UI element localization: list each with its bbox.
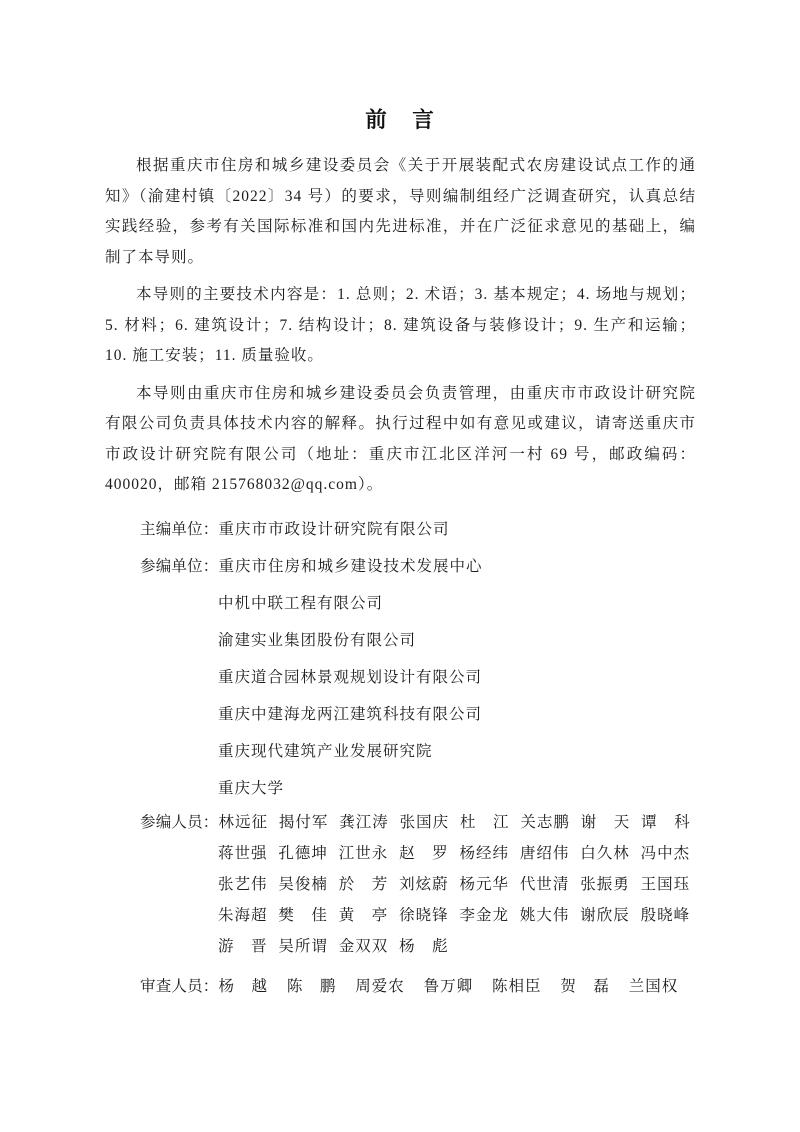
reviewers-section: 审查人员： 杨 越 陈 鹏 周爱农 鲁万卿 陈相臣 贺 磊 兰国权 [105,971,696,1002]
participants-row: 游 晋 吴所谓 金双双 杨 彪 [105,931,696,962]
co-units-label: 参编单位： [140,548,219,585]
co-unit-value: 渝建实业集团股份有限公司 [218,622,696,659]
co-unit-row: 重庆大学 [105,770,696,807]
participant-names: 张艺伟 吴俊楠 於 芳 刘炫蔚 杨元华 代世清 张振勇 王国珏 [218,876,690,893]
co-unit-value: 重庆现代建筑产业发展研究院 [218,733,696,770]
paragraph-management: 本导则由重庆市住房和城乡建设委员会负责管理，由重庆市市政设计研究院有限公司负责具… [105,379,696,501]
reviewer-names: 杨 越 陈 鹏 周爱农 鲁万卿 陈相臣 贺 磊 兰国权 [219,971,679,1002]
co-unit-row: 重庆现代建筑产业发展研究院 [105,733,696,770]
co-unit-row: 重庆中建海龙两江建筑科技有限公司 [105,696,696,733]
co-unit-value: 中机中联工程有限公司 [218,585,696,622]
co-unit-value: 重庆中建海龙两江建筑科技有限公司 [218,696,696,733]
participants-row: 参编人员： 林远征 揭付军 龚江涛 张国庆 杜 江 关志鹏 谢 天 谭 科 [105,807,696,838]
reviewers-row: 审查人员： 杨 越 陈 鹏 周爱农 鲁万卿 陈相臣 贺 磊 兰国权 [105,971,696,1002]
document-page: 前 言 根据重庆市住房和城乡建设委员会《关于开展装配式农房建设试点工作的通知》（… [0,0,800,1132]
participants-section: 参编人员： 林远征 揭付军 龚江涛 张国庆 杜 江 关志鹏 谢 天 谭 科 蒋世… [105,807,696,962]
co-unit-row: 参编单位： 重庆市住房和城乡建设技术发展中心 [105,548,696,585]
participants-row: 张艺伟 吴俊楠 於 芳 刘炫蔚 杨元华 代世清 张振勇 王国珏 [105,869,696,900]
participant-names: 游 晋 吴所谓 金双双 杨 彪 [218,938,449,955]
participants-row: 朱海超 樊 佳 黄 亭 徐晓锋 李金龙 姚大伟 谢欣辰 殷晓峰 [105,900,696,931]
co-unit-row: 中机中联工程有限公司 [105,585,696,622]
paragraph-contents: 本导则的主要技术内容是：1. 总则；2. 术语；3. 基本规定；4. 场地与规划… [105,280,696,372]
chief-unit-value: 重庆市市政设计研究院有限公司 [219,511,696,548]
co-unit-row: 渝建实业集团股份有限公司 [105,622,696,659]
participant-names: 林远征 揭付军 龚江涛 张国庆 杜 江 关志鹏 谢 天 谭 科 [219,807,691,838]
co-unit-value: 重庆大学 [218,770,696,807]
reviewers-label: 审查人员： [140,971,219,1002]
co-unit-value: 重庆道合园林景观规划设计有限公司 [218,659,696,696]
page-content: 前 言 根据重庆市住房和城乡建设委员会《关于开展装配式农房建设试点工作的通知》（… [105,104,696,1002]
paragraph-basis: 根据重庆市住房和城乡建设委员会《关于开展装配式农房建设试点工作的通知》（渝建村镇… [105,151,696,273]
editing-units-section: 主编单位： 重庆市市政设计研究院有限公司 参编单位： 重庆市住房和城乡建设技术发… [105,511,696,807]
participants-row: 蒋世强 孔德坤 江世永 赵 罗 杨经纬 唐绍伟 白久林 冯中杰 [105,838,696,869]
chief-unit-label: 主编单位： [140,511,219,548]
co-unit-value: 重庆市住房和城乡建设技术发展中心 [219,548,696,585]
participants-label: 参编人员： [140,807,219,838]
participant-names: 蒋世强 孔德坤 江世永 赵 罗 杨经纬 唐绍伟 白久林 冯中杰 [218,845,690,862]
co-unit-row: 重庆道合园林景观规划设计有限公司 [105,659,696,696]
page-title: 前 言 [105,104,696,136]
chief-unit-row: 主编单位： 重庆市市政设计研究院有限公司 [105,511,696,548]
participant-names: 朱海超 樊 佳 黄 亭 徐晓锋 李金龙 姚大伟 谢欣辰 殷晓峰 [218,907,690,924]
